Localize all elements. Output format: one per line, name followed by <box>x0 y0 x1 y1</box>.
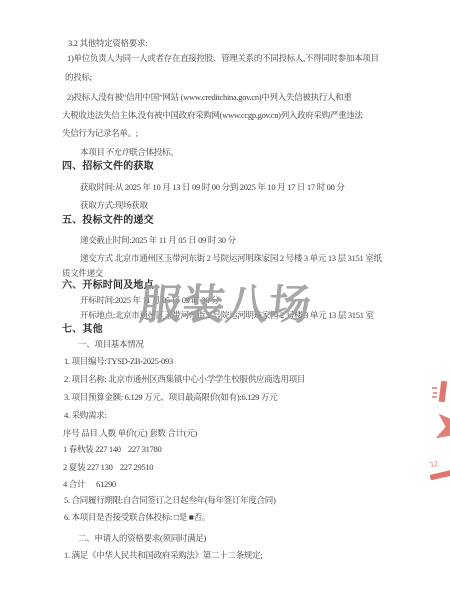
project-budget-line: 3. 项目预算金额: 6.129 万元、项目最高限价(如有):6.129 万元 <box>64 392 277 403</box>
project-basic-info-heading: 一、项目基本情况 <box>78 339 144 350</box>
procurement-demand-heading: 4. 采购需求: <box>64 410 106 421</box>
submission-deadline-line: 递交截止时间:2025 年 11 月 05 日 09 时 30 分 <box>80 235 236 246</box>
section-6-heading: 六、开标时间及地点 <box>62 280 154 291</box>
no-joint-bid-statement: 本项目不允许联合体投标。 <box>80 147 178 158</box>
table-header-row: 序号 品目 人数 单价(元) 套数 合计(元) <box>63 428 197 439</box>
clause-item-2-line-2: 大税收违法失信主体,没有被中国政府采购网(www.ccgp.gov.cn)列入政… <box>62 110 363 121</box>
seal-number-text: '12. <box>428 461 440 469</box>
project-name-line: 2. 项目名称: 北京市通州区西集镇中心小学学生校服供应商选用项目 <box>64 374 305 385</box>
applicant-qualification-heading: 二、申请人的资格要求(须同时满足) <box>78 533 206 544</box>
table-row-spring-autumn: 1 春秋装 227 140 227 31780 <box>63 444 161 455</box>
scanned-tender-document-page: 3.2 其他特定资格要求: 1)单位负责人为同一人或者存在直接控股、管理关系的不… <box>0 0 450 600</box>
no-joint-emphasis: 不允许 <box>105 147 130 157</box>
submission-method-line-1: 递交方式 北京市通州区玉带河东街 2 号院运河明珠家园 2 号楼 3 单元 13… <box>80 253 382 264</box>
no-joint-suffix: 联合体投标。 <box>129 147 178 157</box>
clause-item-1-line-1: 1)单位负责人为同一人或者存在直接控股、管理关系的不同投标人,不得同时参加本项目 <box>67 53 379 64</box>
law-article-22-line: 1. 满足《中华人民共和国政府采购法》第二十二条规定; <box>64 550 262 561</box>
table-row-total: 4 合计 61290 <box>63 479 116 490</box>
watermark: 服装八场 <box>137 272 315 332</box>
section-7-heading: 七、其他 <box>62 324 103 335</box>
clause-3-2-heading: 3.2 其他特定资格要求: <box>68 38 147 49</box>
obtain-method-line: 获取方式:现场获取 <box>80 200 148 211</box>
no-joint-prefix: 本项目 <box>80 147 105 157</box>
clause-item-2-line-1: 2)投标人没有被“信用中国”网站 (www.creditchina.gov.cn… <box>67 92 352 103</box>
project-number-line: 1. 项目编号:TYSD-ZB-2025-093 <box>64 356 173 367</box>
section-5-heading: 五、投标文件的递交 <box>62 215 154 226</box>
table-row-summer: 2 夏装 227 130 227 29510 <box>63 462 153 473</box>
red-seal-fragment-icon: '12. <box>420 376 450 496</box>
contract-term-line: 5. 合同履行期限:自合同签订之日起叁年(每年签订年度合同) <box>64 495 276 506</box>
clause-item-2-line-3: 失信行为记录名单。; <box>62 128 138 139</box>
clause-item-1-line-2: 的投标; <box>65 72 92 83</box>
obtain-time-line: 获取时间:从 2025 年 10 月 13 日 09 时 00 分到 2025 … <box>80 182 345 193</box>
joint-bid-checkbox-line: 6. 本项目是否接受联合体投标: □是 ■否。 <box>64 512 210 523</box>
submission-method-line-2: 质文件递交 <box>62 268 103 279</box>
section-4-heading: 四、招标文件的获取 <box>62 161 154 172</box>
